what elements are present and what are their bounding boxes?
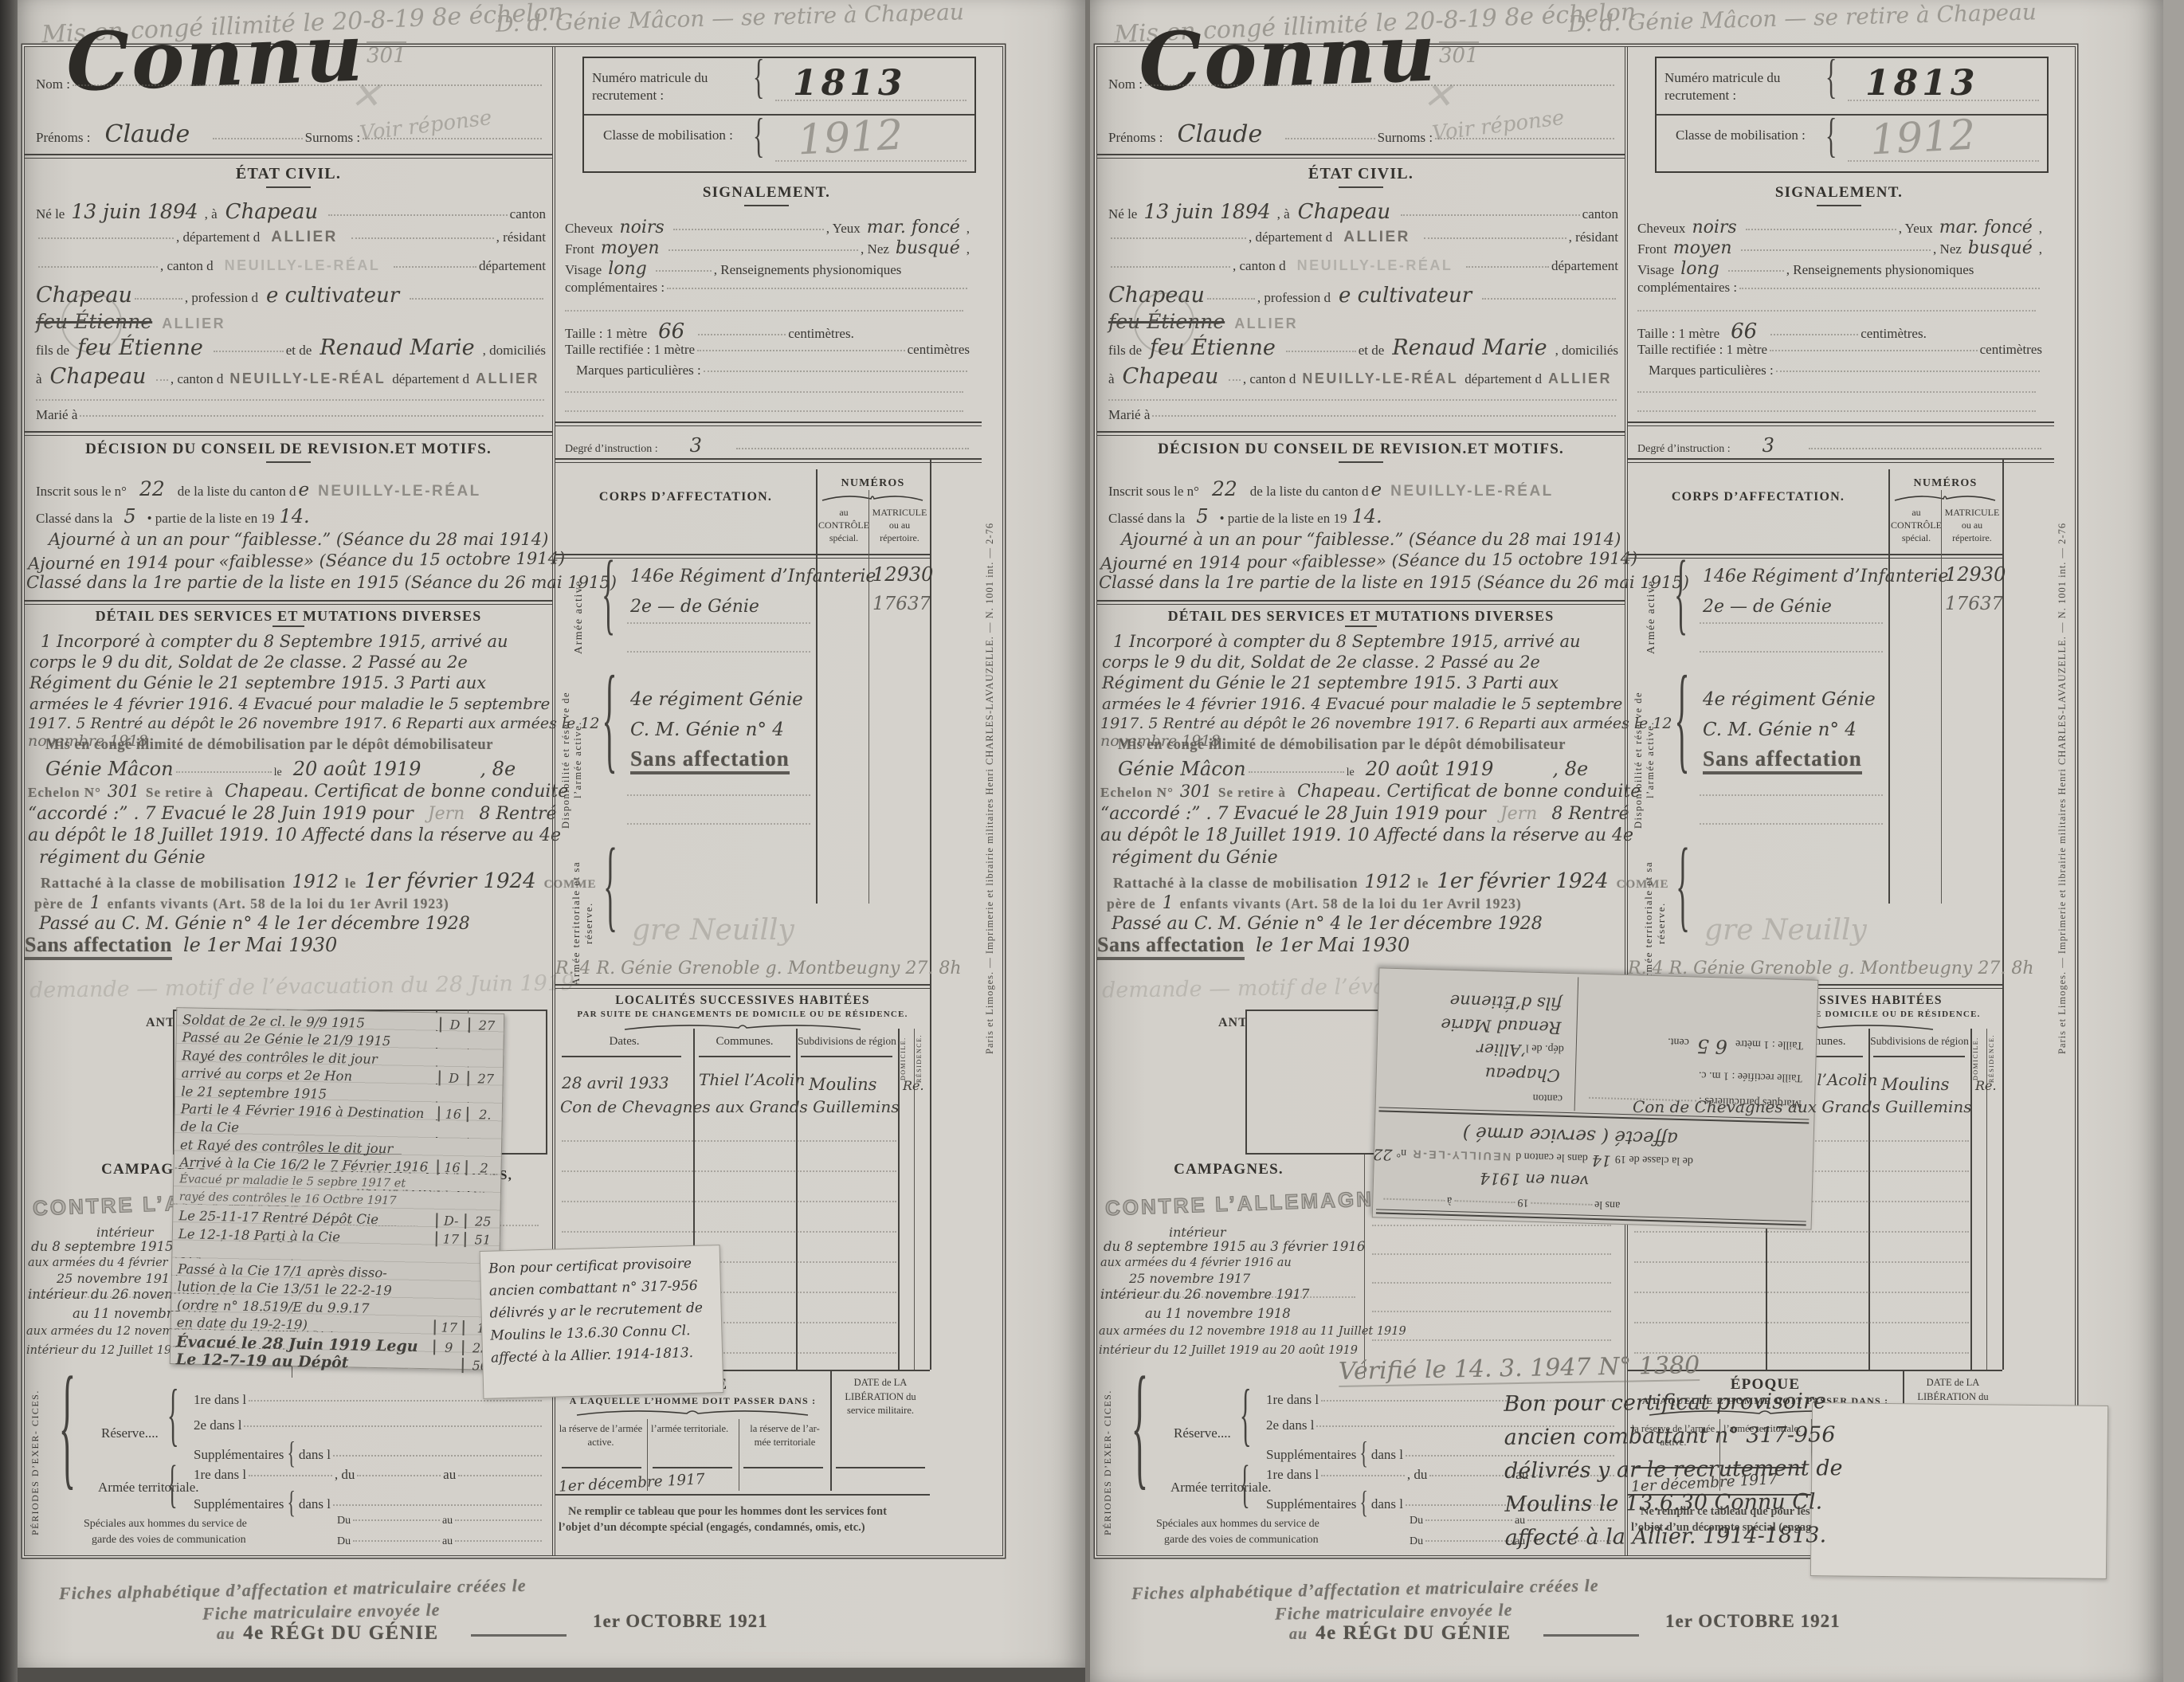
le-label: le — [274, 767, 282, 779]
neuilly-stamp: NEUILLY-LE-RÉAL — [1302, 371, 1458, 387]
campagne-text-7: aux armées du 12 novembre 1918 au 11 Jui… — [1099, 1325, 1406, 1338]
dotted-leader — [1249, 771, 1344, 773]
services-title: DÉTAIL DES SERVICES ET MUTATIONS DIVERSE… — [1097, 608, 1625, 625]
speciales-row-1: Spéciales aux hommes du service de — [84, 1518, 247, 1531]
rule — [1628, 458, 2054, 463]
slip-col-a: D- — [436, 1213, 465, 1229]
dotted-leader — [353, 1519, 440, 1521]
corps-row-1-text: 146e Régiment d’Infanterie — [1703, 567, 1948, 586]
terr-du: , du — [335, 1467, 355, 1483]
allier-stamp-3: ALLIER — [476, 371, 539, 387]
veteran-note-card: Bon pour certificat provisoire ancien co… — [480, 1245, 724, 1399]
garde-du-row-1: Du au — [337, 1515, 544, 1527]
father-name: feu Étienne — [77, 335, 203, 360]
service-text-4: armées le 4 février 1916. 4 Evacué pour … — [1102, 694, 1622, 713]
birth-place: Chapeau — [1298, 200, 1390, 224]
slip-back-taille-row: Taille : 1 mètre 6 5 cent. — [1668, 1034, 1804, 1061]
visage-row: Visage long , Renseignements physionomiq… — [1637, 259, 2042, 279]
campagne-line-7: aux armées du 12 novembre 1918 au 11 Jui… — [1099, 1325, 1406, 1338]
terr-suppl-dansl: dans l — [299, 1496, 331, 1512]
matricule-col-header: MATRICULE ou au répertoire. — [1943, 506, 2001, 545]
dotted-leader — [249, 1475, 332, 1476]
demob-date: 20 août 1919 — [293, 758, 422, 780]
campagne-line-2: du 8 septembre 1915 au 3 février 1916 — [1104, 1239, 1365, 1254]
classe-label-row: Classe de mobilisation : — [603, 127, 755, 144]
slip-hw-affecte: affecté ( service armé ) — [1462, 1122, 1678, 1149]
slip-col-a: 16 — [438, 1106, 467, 1122]
canton-stamp: NEUILLY-LE-RÉAL — [318, 483, 481, 500]
echelon-stamp: Echelon N° — [28, 785, 101, 801]
right-page: Mis en congé illimité le 20-8-19 8e éche… — [1090, 0, 2163, 1682]
top-annotation-right-text: D. d. Génie Mâcon — se retire à Chapeau — [496, 0, 965, 37]
suppl-dansl: dans l — [299, 1447, 331, 1463]
dates-header-text: Dates. — [610, 1035, 640, 1049]
reserve-suppl-row: Supplémentaires { dans l — [194, 1443, 544, 1464]
campagne-line-5: intérieur du 26 novembre 1917 — [1100, 1287, 1309, 1302]
col-residence-header: RÉSIDENCE. — [1988, 1035, 1995, 1083]
slip-a-label: à — [1447, 1194, 1453, 1206]
slip-col-a: 9 — [433, 1339, 462, 1355]
campagne-text-5: intérieur du 26 novembre 1917 — [1100, 1287, 1309, 1302]
localites-row-line2: Con de Chevagnes aux Grands Guillemins — [560, 1097, 900, 1116]
controle-col-header: au CONTRÔLE spécial. — [1891, 506, 1939, 545]
corps-affectation-header: CORPS D’AFFECTATION. — [555, 490, 816, 504]
matricule-col-header: MATRICULE ou au répertoire. — [871, 506, 928, 545]
communes-header-text: Communes. — [716, 1035, 773, 1049]
periodes-brace: { — [59, 1348, 76, 1506]
decision-title: DÉCISION DU CONSEIL DE REVISION.ET MOTIF… — [1097, 441, 1625, 463]
speciales-label-1: Spéciales aux hommes du service de — [84, 1518, 247, 1531]
allier-stamp-2: ALLIER — [1234, 316, 1298, 332]
marques-label: Marques particulières : — [576, 363, 701, 378]
campagne-line-4: 25 novembre 1917 — [1129, 1271, 1250, 1286]
ne-le-label: Né le — [36, 206, 65, 222]
dotted-leader — [1634, 1322, 1969, 1323]
service-text-1: 1 Incorporé à compter du 8 Septembre 191… — [41, 632, 508, 651]
taille-rectifiee-row: Taille rectifiée : 1 mètre centimètres — [1637, 342, 2042, 358]
reserve-2e: 2e dans l — [1266, 1417, 1314, 1433]
rule — [25, 600, 552, 605]
accorde-pencil: Jern — [428, 804, 465, 824]
terr-label-row: Armée territoriale. — [98, 1480, 199, 1496]
inscrit-label: Inscrit sous le n° — [36, 484, 127, 500]
localites-row-subdiv: Moulins — [1881, 1075, 1949, 1094]
epoque-col1-text: la réserve de l’armée active. — [559, 1422, 643, 1449]
campagne-line-6: au 11 novembre 1918 — [1145, 1306, 1291, 1321]
slip-col-a: D — [439, 1071, 468, 1087]
dotted-leader — [627, 794, 810, 796]
top-annotation-right: D. d. Génie Mâcon — se retire à Chapeau — [496, 0, 965, 37]
blessures-divider — [1364, 1155, 1365, 1378]
centimetres2-label: centimètres — [1980, 342, 2042, 358]
slip-hw-renaud: Renaud Marie — [1441, 1015, 1562, 1037]
octobre-1921-stamp: 1er OCTOBRE 1921 — [593, 1611, 768, 1632]
speciales-label-1: Spéciales aux hommes du service de — [1156, 1518, 1319, 1531]
epoque-subtitle: A LAQUELLE L’HOMME DOIT PASSER DANS : — [555, 1395, 830, 1407]
canton-stamp: NEUILLY-LE-RÉAL — [1390, 483, 1554, 500]
pere-nombre: 1 — [1163, 893, 1174, 913]
dotted-leader — [1637, 410, 2036, 412]
epoque-note-text-1: Ne remplir ce tableau que pour les homme… — [568, 1505, 887, 1519]
col-dates-header: Dates. — [555, 1035, 693, 1049]
localites-row-dr: Re. — [903, 1078, 924, 1093]
du-label-2: Du — [1410, 1535, 1423, 1548]
taille-row: Taille : 1 mètre 66 centimètres. — [565, 320, 970, 343]
classe-liste-row: Classé dans la 5 • partie de la liste en… — [1108, 505, 1618, 527]
disponibilite-label: Disponibilité et réserve de l’armée acti… — [560, 676, 589, 844]
inscrit-number: 22 — [1212, 477, 1237, 500]
slip-hw-etienne: fils d’Étienne — [1449, 991, 1562, 1014]
armee-territoriale-brace: { — [603, 825, 618, 943]
nom-row: Nom : — [1108, 76, 1617, 92]
dispo-text-2: C. M. Génie n° 4 — [630, 719, 784, 740]
matricule-header-text: MATRICULE ou au répertoire. — [1943, 506, 2001, 545]
matricule-header-text: MATRICULE ou au répertoire. — [871, 506, 928, 545]
terr-1re: 1re dans l — [194, 1467, 246, 1483]
dotted-leader — [1229, 379, 1240, 381]
signalement-title: SIGNALEMENT. — [555, 184, 978, 206]
epoque-col3-text: la réserve de l’ar- mée territoriale — [742, 1422, 828, 1449]
corps-col-rule-a — [1888, 469, 1890, 904]
slip-back-hw1914-row: venu en 1914 — [1480, 1169, 1590, 1191]
sans-affectation-stamp-2: Sans affectation — [630, 747, 790, 774]
dispo-line-2: C. M. Génie n° 4 — [1703, 719, 1857, 740]
dispo-text-2: C. M. Génie n° 4 — [1703, 719, 1857, 740]
title-underline — [1345, 625, 1377, 627]
taille-label: Taille : 1 mètre — [1637, 326, 1719, 342]
mother-name: Renaud Marie — [1392, 335, 1547, 360]
decision-line-1: Ajourné à un an pour “faiblesse.” (Séanc… — [49, 530, 548, 549]
front-label: Front — [1637, 241, 1667, 257]
dotted-leader — [73, 84, 542, 86]
slip-dep-label: dép. de l — [1526, 1041, 1564, 1055]
corps-row-1-number: 12930 — [1945, 563, 2006, 586]
dotted-leader — [1634, 1292, 1969, 1293]
note-large-line-1: Bon pour certificat provisoire — [1504, 1385, 1842, 1421]
decision-text-1: Ajourné à un an pour “faiblesse.” (Séanc… — [49, 530, 548, 549]
note-large-line-4: Moulins le 13.6.30 Connu Cl. — [1504, 1485, 1843, 1522]
slip-col-a — [433, 1369, 462, 1370]
corps-row-2-num: 17637 — [1945, 594, 2003, 614]
classe-label2: • partie de la liste en 19 — [147, 511, 275, 527]
a2-label: à — [1108, 371, 1115, 387]
complementaires-row: complémentaires : — [565, 280, 970, 296]
localites-col-rule-3 — [1970, 1029, 1972, 1370]
decision-text-2: Ajourné en 1914 pour «faiblesse» (Séance… — [28, 548, 565, 573]
domicile-place: Chapeau — [50, 364, 147, 389]
slip-col-a: D — [440, 1017, 469, 1033]
pere-stamp: père de — [1107, 896, 1156, 912]
classe-brace: { — [1825, 110, 1837, 164]
dotted-leader — [363, 138, 542, 139]
marie-row: Marié à — [36, 407, 546, 423]
dotted-leader — [328, 214, 508, 216]
dotted-leader — [1634, 1261, 1969, 1263]
periodes-brace: { — [1131, 1348, 1149, 1506]
dotted-leader — [698, 334, 786, 335]
terr-label-row: Armée territoriale. — [1170, 1480, 1272, 1496]
subdiv-header-text: Subdivisions de région — [798, 1035, 896, 1048]
armee-active-label: Armée active. — [573, 563, 586, 667]
fiches-stamp: Fiches alphabétique d’affectation et mat… — [1131, 1575, 1599, 1604]
sans-affectation-2-row: Sans affectation — [1703, 747, 1862, 774]
campagnes-title: CAMPAGNES. — [1097, 1161, 1360, 1178]
localites-row-commune: Thiel l’Acolin — [699, 1070, 805, 1089]
allier-stamp: ALLIER — [271, 229, 338, 246]
rule — [1097, 431, 1625, 436]
localites-subdiv: Moulins — [809, 1075, 876, 1094]
comma: , — [2039, 241, 2042, 257]
centimetres-label: centimètres. — [788, 326, 854, 342]
cheveux-label: Cheveux — [565, 221, 613, 237]
localites-dr: Re. — [1975, 1078, 1997, 1093]
dotted-leader — [357, 1475, 441, 1476]
dotted-leader — [1152, 415, 1616, 417]
col-subdiv-header: Subdivisions de région — [1868, 1035, 1970, 1048]
localites-subdiv: Moulins — [1881, 1075, 1949, 1094]
col-domicile-header: DOMICILE. — [1972, 1035, 1979, 1083]
nom-row: Nom : — [36, 76, 544, 92]
slip-col-a: 17 — [436, 1231, 465, 1247]
le-label: le — [1347, 767, 1355, 779]
fils-de-row: fils de feu Étienne et de Renaud Marie ,… — [36, 335, 546, 360]
dotted-leader — [455, 1519, 542, 1521]
terr-suppl-brace: { — [1359, 1484, 1368, 1522]
pere-row: père de 1 enfants vivants (Art. 58 de la… — [34, 893, 449, 913]
echelon-value: 301 — [1180, 782, 1212, 801]
controle-header-text: au CONTRÔLE spécial. — [818, 506, 869, 545]
controle-col-header: au CONTRÔLE spécial. — [818, 506, 866, 545]
epoque-note-2: l’objet d’un décompte spécial (engagés, … — [559, 1521, 917, 1535]
echelon-8e: , 8e — [480, 758, 516, 780]
decision-text-3: Classé dans la 1re partie de la liste en… — [1099, 573, 1689, 592]
fils-de-row: fils de feu Étienne et de Renaud Marie ,… — [1108, 335, 1618, 360]
comma: , — [2039, 221, 2042, 237]
nom-label: Nom : — [1108, 76, 1143, 92]
marie-row: Marié à — [1108, 407, 1618, 423]
slip-neuilly-stamp: NEUILLY-LE-R — [1411, 1148, 1512, 1163]
canton-label: canton — [510, 206, 546, 222]
corps-row-1-text: 146e Régiment d’Infanterie — [630, 567, 876, 586]
regiment-stamp-row: au 4e RÉGt DU GÉNIE — [1289, 1622, 1641, 1645]
armee-active-label: Armée active. — [1645, 563, 1658, 667]
yeux-label: , Yeux — [1899, 221, 1933, 237]
taille-value: 66 — [1731, 320, 1757, 343]
dotted-leader — [1700, 823, 1883, 825]
echelon-value: 301 — [108, 782, 139, 801]
classe-mobilisation-value: 1912 — [797, 112, 904, 165]
matricule-box: Numéro matricule du recrutement : { 1813… — [1655, 57, 2049, 173]
dotted-leader — [156, 379, 167, 381]
reserve-1re: 1re dans l — [1266, 1392, 1319, 1408]
dotted-leader — [704, 371, 967, 372]
controle-header-text: au CONTRÔLE spécial. — [1891, 506, 1942, 545]
slip-taille-rectifiee-label: Taille rectifiée : 1 m. c. — [1699, 1068, 1802, 1084]
dotted-leader — [458, 1475, 542, 1476]
signalement-title: SIGNALEMENT. — [1628, 184, 2050, 206]
sans-affectation-row: Sans affectation le 1er Mai 1930 — [1097, 933, 1410, 960]
dotted-leader — [1207, 298, 1255, 300]
degre-label: Degré d’instruction : — [1637, 443, 1731, 456]
right-column: Numéro matricule du recrutement : { 1813… — [1625, 47, 2076, 1555]
marques-label: Marques particulières : — [1649, 363, 1774, 378]
dotted-leader — [656, 270, 712, 272]
campagne-text-4: 25 novembre 1917 — [57, 1271, 178, 1286]
a2-label: à — [36, 371, 42, 387]
inscrit-number: 22 — [139, 477, 165, 500]
dotted-leader — [1435, 138, 1614, 139]
yeux-value: mar. foncé — [867, 218, 960, 237]
periodes-vertical-label: PÉRIODES D’EXER- CICES. — [1102, 1387, 1114, 1539]
slip-col-b: 27 — [468, 1071, 503, 1087]
slip-col-b — [468, 1048, 503, 1049]
contre-allemagne-row: CONTRE L’ALLEMAGNE — [1105, 1186, 1390, 1221]
cheveux-row: Cheveux noirs , Yeux mar. foncé , — [1637, 218, 2042, 237]
reserve-1re: 1re dans l — [194, 1392, 246, 1408]
epoque-col2-header: l’armée territoriale. — [651, 1422, 735, 1436]
top-annotation-right-text: D. d. Génie Mâcon — se retire à Chapeau — [1568, 0, 2037, 37]
localites-commune: Thiel l’Acolin — [699, 1070, 805, 1089]
slip-col-b — [465, 1188, 500, 1189]
dotted-leader — [1425, 1540, 1512, 1542]
classe-label: Classé dans la — [36, 511, 112, 527]
genie-macon-row: Génie Mâcon le 20 août 1919 , 8e — [1118, 758, 1615, 780]
decision-line-3: Classé dans la 1re partie de la liste en… — [26, 573, 617, 592]
demob-date: 20 août 1919 — [1366, 758, 1494, 780]
rule — [555, 458, 982, 463]
localites-row-dr: Re. — [1975, 1078, 1997, 1093]
inserted-slip-front: Soldat de 2e cl. le 9/9 1915D27 Passé au… — [170, 1007, 505, 1370]
departement-row: , département d ALLIER , résidant — [1108, 229, 1618, 246]
birth-date: 13 juin 1894 — [71, 200, 198, 223]
envoyee-stamp-row: Fiche matriculaire envoyée le — [202, 1599, 441, 1624]
dotted-leader — [1372, 1225, 1611, 1226]
front-label: Front — [565, 241, 594, 257]
slip-back-affecte-row: affecté ( service armé ) — [1462, 1122, 1678, 1149]
garde-du-row-2: Du au — [337, 1535, 544, 1548]
genie-macon: Génie Mâcon — [45, 758, 174, 780]
epoque-col2-rule — [653, 1467, 732, 1468]
nez-value: busqué — [896, 238, 960, 258]
renseignements-label: , Renseignements physionomiques — [714, 262, 902, 278]
departement-label: , département d — [176, 229, 260, 245]
father-name: feu Étienne — [1150, 335, 1276, 360]
reserve-label-row: Réserve.... — [1174, 1425, 1231, 1441]
dotted-leader — [1372, 1253, 1611, 1255]
corps-row-1: 146e Régiment d’Infanterie — [630, 567, 876, 586]
slip-col-a: 16 — [437, 1160, 465, 1176]
departement2-label: département — [479, 258, 546, 274]
dotted-leader — [333, 1504, 542, 1506]
reserve-label: Réserve.... — [1174, 1425, 1231, 1441]
neuilly-ghost-stamp: NEUILLY-LE-RÉAL — [1297, 257, 1453, 274]
campagne-line-4: 25 novembre 1917 — [57, 1271, 178, 1286]
slip-hw-14: 14 — [1591, 1151, 1611, 1170]
dotted-leader — [775, 100, 967, 101]
dotted-leader — [562, 1140, 896, 1142]
corps-row-1: 146e Régiment d’Infanterie — [1703, 567, 1948, 586]
canton-row: , canton d NEUILLY-LE-RÉAL département — [1108, 257, 1618, 274]
slip-back-chapeau-row: Chapeau — [1484, 1064, 1560, 1085]
epoque-date-rule — [836, 1467, 925, 1468]
neuilly-stamp: NEUILLY-LE-RÉAL — [229, 371, 386, 387]
corps-row-2-num: 17637 — [872, 594, 931, 614]
dotted-leader — [565, 410, 963, 412]
localites-subtitle: PAR SUITE DE CHANGEMENTS DE DOMICILE OU … — [555, 1010, 930, 1019]
service-line-4: armées le 4 février 1916. 4 Evacué pour … — [1102, 694, 1622, 713]
prenoms-row: Prénoms : Claude Surnoms : — [1108, 120, 1617, 148]
book-spine-left — [0, 0, 18, 1682]
classe-number: 5 — [124, 505, 135, 527]
slip-col-b — [466, 1136, 501, 1137]
dotted-leader — [1700, 622, 1883, 624]
pere-stamp: père de — [34, 896, 84, 912]
du-label-1: Du — [337, 1515, 351, 1527]
rattache-date: 1er février 1924 — [364, 869, 535, 893]
note-large-line-5: affecté à la Allier. 1914-1813. — [1505, 1519, 1844, 1555]
dotted-leader — [38, 266, 158, 268]
numeros-brace-ornament — [1893, 493, 1997, 501]
slip-taille-label: Taille : 1 mètre — [1735, 1037, 1803, 1051]
corps-col-rule-a — [816, 469, 818, 904]
degre-value: 3 — [690, 434, 702, 457]
service-line-4: armées le 4 février 1916. 4 Evacué pour … — [29, 694, 550, 713]
sans-affectation-date: le 1er Mai 1930 — [183, 934, 337, 956]
ne-le-row: Né le 13 juin 1894 , à Chapeau canton — [1108, 200, 1618, 224]
numero-label-row: Numéro matricule du recrutement : — [592, 69, 751, 104]
a-label: , à — [1277, 206, 1290, 222]
domicilies-label: , domiciliés — [1555, 343, 1618, 359]
classe-label-row: Classe de mobilisation : — [1676, 127, 1827, 144]
localites-date: 28 avril 1933 — [562, 1073, 669, 1092]
dotted-leader — [562, 1231, 896, 1233]
numeros-header: NUMÉROS — [1888, 477, 2002, 490]
slip-hw-1914: venu en 1914 — [1480, 1169, 1590, 1191]
service-line-1: 1 Incorporé à compter du 8 Septembre 191… — [41, 632, 508, 651]
etat-civil-title: ÉTAT CIVIL. — [1097, 165, 1625, 188]
left-page: Mis en congé illimité le 20-8-19 8e éche… — [18, 0, 1085, 1668]
dotted-leader — [1741, 249, 1931, 251]
canton-label: canton — [1582, 206, 1618, 222]
dotted-leader — [1424, 237, 1566, 239]
rule — [555, 984, 930, 989]
octobre-stamp-row: 1er OCTOBRE 1921 — [1665, 1611, 1841, 1632]
allier-stamp-3: ALLIER — [1548, 371, 1612, 387]
prenoms-value: Claude — [104, 120, 190, 148]
fils-struck-row: feu Étienne ALLIER — [36, 310, 546, 333]
visage-value: long — [1680, 259, 1719, 279]
matricule-box: Numéro matricule du recrutement : { 1813… — [582, 57, 976, 173]
dotted-leader — [775, 160, 967, 162]
demob-stamp: Mis en congé illimité de démobilisation … — [1118, 737, 1566, 754]
dotted-leader — [351, 237, 494, 239]
numero-label-row: Numéro matricule du recrutement : — [1664, 69, 1824, 104]
inscrit-e: e — [1371, 480, 1382, 500]
demande-pencil-row: demande — motif de l’évacuation du 28 Ju… — [29, 970, 575, 1003]
gare-neuilly-pencil: gre Neuilly — [1704, 914, 1867, 947]
epoque-bottom-rule — [555, 1494, 930, 1496]
slip-col-b: 2. — [467, 1107, 502, 1123]
dotted-leader — [1108, 399, 1617, 401]
localites-brace-ornament — [623, 1022, 862, 1030]
slip-19-label: 19 — [1517, 1195, 1528, 1208]
dotted-leader — [455, 1540, 542, 1542]
prenoms-label: Prénoms : — [36, 130, 90, 146]
speciales-row-2: garde des voies de communication — [92, 1534, 246, 1547]
regiment-row: régiment du Génie — [39, 848, 206, 868]
dotted-leader — [1770, 350, 1978, 351]
slip-col-a — [438, 1100, 467, 1101]
